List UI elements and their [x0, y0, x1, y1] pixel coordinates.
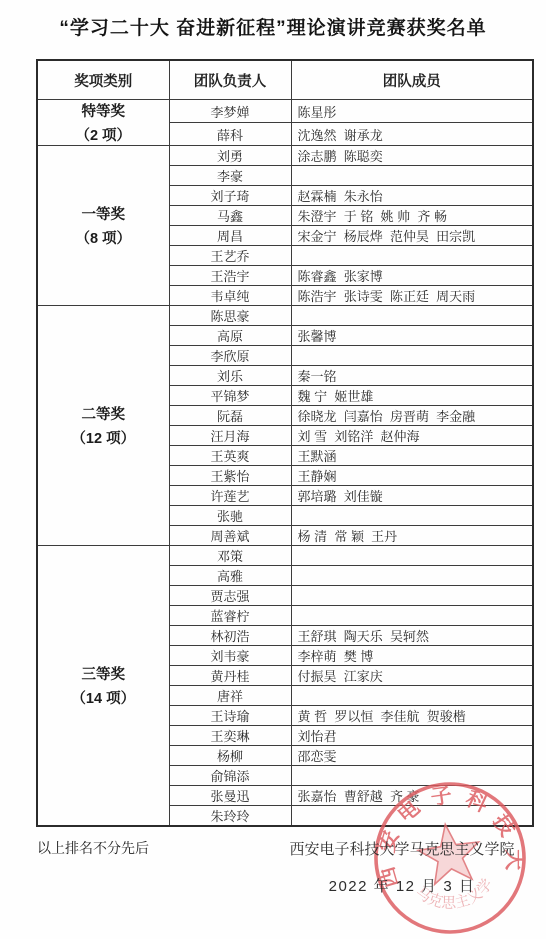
team-members-cell: 刘怡君: [291, 726, 533, 746]
team-members-cell: [291, 566, 533, 586]
team-leader-cell: 王英爽: [169, 446, 291, 466]
team-leader-cell: 阮磊: [169, 406, 291, 426]
team-members-cell: [291, 686, 533, 706]
team-leader-cell: 刘子琦: [169, 186, 291, 206]
table-row: 一等奖（8 项）刘勇涂志鹏 陈聪奕: [37, 146, 533, 166]
team-members-cell: [291, 246, 533, 266]
team-leader-cell: 薛科: [169, 123, 291, 146]
team-leader-cell: 俞锦添: [169, 766, 291, 786]
team-leader-cell: 刘韦豪: [169, 646, 291, 666]
table-row: 特等奖（2 项）李梦婵陈星彤: [37, 100, 533, 123]
team-members-cell: [291, 606, 533, 626]
team-members-cell: [291, 806, 533, 827]
table-header-row: 奖项类别 团队负责人 团队成员: [37, 60, 533, 100]
team-members-cell: 付振昊 江家庆: [291, 666, 533, 686]
team-leader-cell: 杨柳: [169, 746, 291, 766]
team-members-cell: 王舒琪 陶天乐 吴轲然: [291, 626, 533, 646]
awards-table: 奖项类别 团队负责人 团队成员 特等奖（2 项）李梦婵陈星彤薛科沈逸然 谢承龙一…: [36, 59, 534, 827]
team-members-cell: 李梓萌 樊 博: [291, 646, 533, 666]
award-category-cell: 特等奖（2 项）: [37, 100, 169, 146]
team-members-cell: [291, 166, 533, 186]
team-members-cell: [291, 306, 533, 326]
team-leader-cell: 张曼迅: [169, 786, 291, 806]
team-leader-cell: 李梦婵: [169, 100, 291, 123]
team-leader-cell: 高雅: [169, 566, 291, 586]
team-members-cell: 陈浩宇 张诗雯 陈正廷 周天雨: [291, 286, 533, 306]
team-members-cell: 郭培璐 刘佳镟: [291, 486, 533, 506]
team-leader-cell: 周善斌: [169, 526, 291, 546]
team-leader-cell: 李豪: [169, 166, 291, 186]
team-leader-cell: 高原: [169, 326, 291, 346]
table-row: 三等奖（14 项）邓策: [37, 546, 533, 566]
team-leader-cell: 王紫怡: [169, 466, 291, 486]
team-members-cell: 张馨博: [291, 326, 533, 346]
team-members-cell: 宋金宁 杨辰烨 范仲昊 田宗凯: [291, 226, 533, 246]
team-leader-cell: 王艺乔: [169, 246, 291, 266]
award-category-count: （2 项）: [38, 124, 169, 145]
award-category-count: （14 项）: [38, 687, 169, 708]
team-members-cell: 朱澄宇 于 铭 姚 帅 齐 畅: [291, 206, 533, 226]
team-leader-cell: 贾志强: [169, 586, 291, 606]
team-members-cell: 邵恋雯: [291, 746, 533, 766]
team-leader-cell: 李欣原: [169, 346, 291, 366]
team-leader-cell: 朱玲玲: [169, 806, 291, 827]
team-members-cell: 赵霖楠 朱永怡: [291, 186, 533, 206]
team-members-cell: [291, 586, 533, 606]
team-members-cell: [291, 766, 533, 786]
team-leader-cell: 刘勇: [169, 146, 291, 166]
award-category-name: 特等奖: [38, 100, 169, 121]
award-category-name: 二等奖: [38, 403, 169, 424]
team-members-cell: 张嘉怡 曹舒越 齐 豪: [291, 786, 533, 806]
signature-block: 西安电子科技大学马克思主义学院 2022 年 12 月 3 日: [280, 838, 524, 896]
team-leader-cell: 王浩宇: [169, 266, 291, 286]
team-members-cell: 陈星彤: [291, 100, 533, 123]
team-leader-cell: 陈思豪: [169, 306, 291, 326]
award-category-cell: 三等奖（14 项）: [37, 546, 169, 827]
team-leader-cell: 许莲艺: [169, 486, 291, 506]
team-leader-cell: 刘乐: [169, 366, 291, 386]
team-leader-cell: 马鑫: [169, 206, 291, 226]
column-header-leader: 团队负责人: [169, 60, 291, 100]
table-row: 二等奖（12 项）陈思豪: [37, 306, 533, 326]
team-leader-cell: 蓝睿柠: [169, 606, 291, 626]
team-leader-cell: 张驰: [169, 506, 291, 526]
team-members-cell: [291, 346, 533, 366]
column-header-members: 团队成员: [291, 60, 533, 100]
team-members-cell: 秦一铭: [291, 366, 533, 386]
team-members-cell: [291, 506, 533, 526]
award-category-name: 一等奖: [38, 203, 169, 224]
awards-table-body: 特等奖（2 项）李梦婵陈星彤薛科沈逸然 谢承龙一等奖（8 项）刘勇涂志鹏 陈聪奕…: [37, 100, 533, 827]
issuing-organization: 西安电子科技大学马克思主义学院: [280, 838, 524, 859]
team-leader-cell: 平锦梦: [169, 386, 291, 406]
team-members-cell: 涂志鹏 陈聪奕: [291, 146, 533, 166]
team-members-cell: 沈逸然 谢承龙: [291, 123, 533, 146]
team-members-cell: [291, 546, 533, 566]
team-members-cell: 王静娴: [291, 466, 533, 486]
issue-date: 2022 年 12 月 3 日: [280, 875, 524, 896]
team-leader-cell: 王奕琳: [169, 726, 291, 746]
team-leader-cell: 唐祥: [169, 686, 291, 706]
team-members-cell: 魏 宁 姬世雄: [291, 386, 533, 406]
team-members-cell: 黄 哲 罗以恒 李佳航 贺骏楷: [291, 706, 533, 726]
award-category-count: （12 项）: [38, 427, 169, 448]
team-leader-cell: 王诗瑜: [169, 706, 291, 726]
team-members-cell: 徐晓龙 闫嘉怡 房晋萌 李金融: [291, 406, 533, 426]
award-category-cell: 一等奖（8 项）: [37, 146, 169, 306]
award-category-cell: 二等奖（12 项）: [37, 306, 169, 546]
team-members-cell: 陈睿鑫 张家博: [291, 266, 533, 286]
team-leader-cell: 汪月海: [169, 426, 291, 446]
award-category-count: （8 项）: [38, 227, 169, 248]
team-leader-cell: 韦卓纯: [169, 286, 291, 306]
award-category-name: 三等奖: [38, 663, 169, 684]
team-members-cell: 刘 雪 刘铭洋 赵仲海: [291, 426, 533, 446]
team-leader-cell: 林初浩: [169, 626, 291, 646]
team-leader-cell: 邓策: [169, 546, 291, 566]
award-list-document: “学习二十大 奋进新征程”理论演讲竞赛获奖名单 奖项类别 团队负责人 团队成员 …: [0, 0, 546, 939]
team-members-cell: 王默涵: [291, 446, 533, 466]
page-title: “学习二十大 奋进新征程”理论演讲竞赛获奖名单: [0, 0, 546, 40]
team-members-cell: 杨 清 常 颖 王丹: [291, 526, 533, 546]
team-leader-cell: 周昌: [169, 226, 291, 246]
column-header-category: 奖项类别: [37, 60, 169, 100]
team-leader-cell: 黄丹桂: [169, 666, 291, 686]
